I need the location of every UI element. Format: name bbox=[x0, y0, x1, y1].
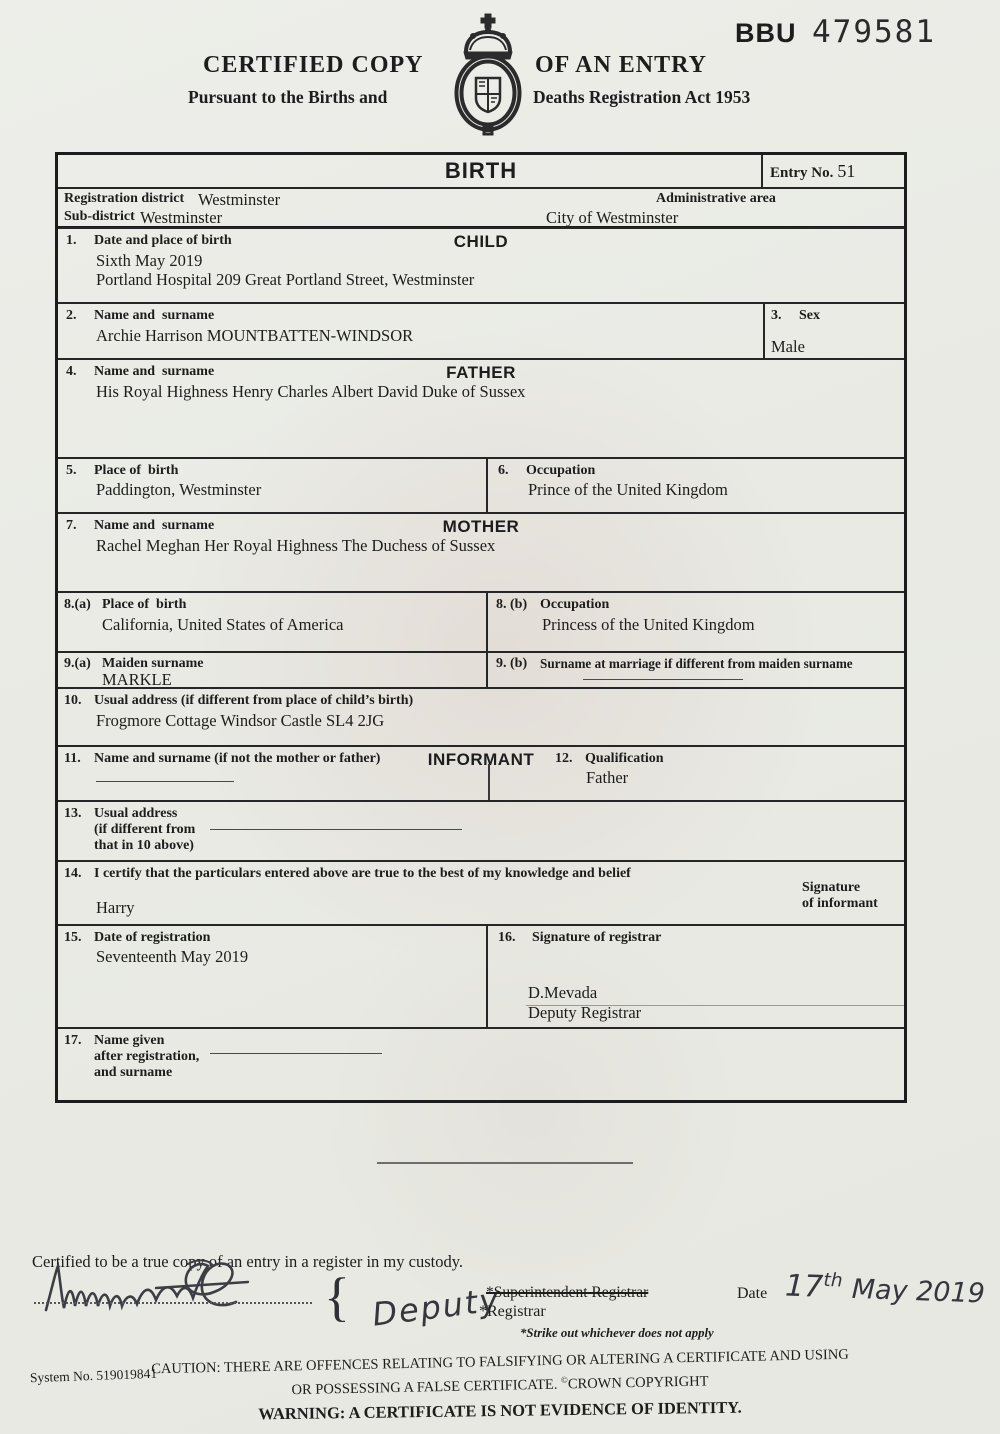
date-ordinal: th bbox=[823, 1270, 843, 1292]
field-5-cell: 5. Place of birth Paddington, Westminste… bbox=[58, 459, 488, 512]
field-15-cell: 15. Date of registration Seventeenth May… bbox=[58, 926, 488, 1026]
group-child: CHILD bbox=[58, 232, 904, 252]
caution-line-2-pre: OR POSSESSING A FALSE CERTIFICATE. bbox=[291, 1377, 561, 1399]
field-13-label-1: Usual address bbox=[94, 806, 177, 822]
row-11-12-informant: 11. Name and surname (if not the mother … bbox=[58, 745, 904, 800]
row-14-certify: 14. I certify that the particulars enter… bbox=[58, 860, 904, 925]
strike-note: *Strike out whichever does not apply bbox=[520, 1326, 714, 1341]
superintendent-registrar-option: *Superintendent Registrar bbox=[486, 1284, 648, 1302]
row-8: 8.(a) Place of birth California, United … bbox=[58, 591, 904, 651]
registration-district-label: Registration district bbox=[64, 191, 184, 207]
field-8a-cell: 8.(a) Place of birth California, United … bbox=[58, 593, 488, 651]
field-14-informant-signature: Harry bbox=[96, 898, 134, 918]
field-1-value-line1: Sixth May 2019 bbox=[96, 251, 202, 271]
field-4-value: His Royal Highness Henry Charles Albert … bbox=[96, 382, 525, 402]
field-8b-cell: 8. (b) Occupation Princess of the United… bbox=[488, 593, 904, 651]
field-17-num: 17. bbox=[64, 1033, 82, 1049]
serial-prefix: BBU bbox=[735, 18, 797, 49]
field-9a-num: 9.(a) bbox=[64, 656, 91, 672]
administrative-area-label: Administrative area bbox=[656, 191, 776, 207]
row-7-mother: 7. Name and surname MOTHER Rachel Meghan… bbox=[58, 512, 904, 592]
serial-number: 479581 bbox=[812, 14, 936, 50]
field-10-value: Frogmore Cottage Windsor Castle SL4 2JG bbox=[96, 711, 384, 731]
field-5-num: 5. bbox=[66, 463, 77, 479]
field-2-label: Name and surname bbox=[94, 308, 214, 324]
group-informant: INFORMANT bbox=[58, 750, 904, 770]
entry-no-divider bbox=[761, 155, 763, 187]
field-7-value: Rachel Meghan Her Royal Highness The Duc… bbox=[96, 536, 495, 556]
registrar-option: *Registrar bbox=[479, 1303, 546, 1321]
field-8a-num: 8.(a) bbox=[64, 597, 91, 613]
birth-register-table: BIRTH Entry No. 51 Registration district… bbox=[55, 152, 907, 1103]
field-9b-cell: 9. (b) Surname at marriage if different … bbox=[488, 653, 904, 687]
field-12-num: 12. bbox=[555, 751, 573, 767]
field-8a-label: Place of birth bbox=[102, 597, 186, 613]
field-3-num: 3. bbox=[771, 308, 782, 324]
sub-district-label: Sub-district bbox=[64, 209, 135, 225]
entry-no-label: Entry No. bbox=[770, 165, 833, 181]
field-1-value-line2: Portland Hospital 209 Great Portland Str… bbox=[96, 270, 474, 290]
field-5-value: Paddington, Westminster bbox=[96, 480, 261, 500]
field-17-label-2: after registration, bbox=[94, 1049, 199, 1065]
field-17-label-3: and surname bbox=[94, 1065, 172, 1081]
brace-glyph: { bbox=[324, 1266, 350, 1328]
entry-no-value: 51 bbox=[837, 161, 855, 181]
row-2-3: 2. Name and surname Archie Harrison MOUN… bbox=[58, 302, 904, 358]
title-of-an-entry: OF AN ENTRY bbox=[535, 52, 707, 79]
field-12-value: Father bbox=[586, 768, 628, 788]
row-5-6: 5. Place of birth Paddington, Westminste… bbox=[58, 457, 904, 512]
row-4-father: 4. Name and surname FATHER His Royal Hig… bbox=[58, 358, 904, 457]
field-17-blank-line bbox=[210, 1053, 382, 1054]
group-father: FATHER bbox=[58, 363, 904, 383]
date-rest: May 2019 bbox=[851, 1274, 985, 1310]
field-8a-value: California, United States of America bbox=[102, 615, 343, 635]
field-8b-label: Occupation bbox=[540, 597, 609, 613]
registrar-title: Deputy Registrar bbox=[528, 1003, 641, 1023]
field-9b-label: Surname at marriage if different from ma… bbox=[540, 656, 853, 672]
field-3-cell: 3. Sex Male bbox=[763, 304, 904, 358]
title-certified-copy: CERTIFIED COPY bbox=[203, 52, 424, 79]
field-9b-num: 9. (b) bbox=[496, 656, 527, 672]
handwritten-signature-icon bbox=[38, 1258, 323, 1325]
row-1-date-place-of-birth: 1. Date and place of birth CHILD Sixth M… bbox=[58, 227, 904, 303]
group-mother: MOTHER bbox=[58, 517, 904, 537]
field-14-sig-label-1: Signature bbox=[802, 880, 860, 896]
field-8b-value: Princess of the United Kingdom bbox=[542, 615, 755, 635]
handwritten-date: 17th May 2019 bbox=[784, 1269, 985, 1311]
field-8b-num: 8. (b) bbox=[496, 597, 527, 613]
title-pursuant: Pursuant to the Births and bbox=[188, 87, 387, 108]
field-13-num: 13. bbox=[64, 806, 82, 822]
field-9a-cell: 9.(a) Maiden surname MARKLE bbox=[58, 653, 488, 687]
registration-district-value: Westminster bbox=[198, 190, 280, 210]
field-11-blank-line bbox=[96, 781, 234, 782]
field-12-label: Qualification bbox=[585, 751, 664, 767]
field-3-value: Male bbox=[771, 337, 805, 357]
royal-coat-of-arms-icon bbox=[448, 12, 528, 143]
registrar-signature-name: D.Mevada bbox=[528, 983, 597, 1003]
field-6-num: 6. bbox=[498, 463, 509, 479]
field-16-label: Signature of registrar bbox=[532, 930, 661, 946]
administrative-area-value: City of Westminster bbox=[546, 208, 678, 228]
sub-district-value: Westminster bbox=[140, 208, 222, 228]
row-9: 9.(a) Maiden surname MARKLE 9. (b) Surna… bbox=[58, 651, 904, 687]
field-14-num: 14. bbox=[64, 866, 82, 882]
field-17-label-1: Name given bbox=[94, 1033, 164, 1049]
field-10-num: 10. bbox=[64, 693, 82, 709]
field-15-num: 15. bbox=[64, 930, 82, 946]
field-10-label: Usual address (if different from place o… bbox=[94, 693, 413, 709]
field-14-label: I certify that the particulars entered a… bbox=[94, 866, 631, 882]
field-2-cell: 2. Name and surname Archie Harrison MOUN… bbox=[58, 304, 763, 358]
entry-no-cell: Entry No. 51 bbox=[770, 161, 898, 182]
field-13-blank-line bbox=[210, 829, 462, 830]
field-5-label: Place of birth bbox=[94, 463, 178, 479]
field-16-cell: 16. Signature of registrar D.Mevada Depu… bbox=[488, 926, 904, 1026]
field-15-value: Seventeenth May 2019 bbox=[96, 947, 248, 967]
row-10-usual-address: 10. Usual address (if different from pla… bbox=[58, 687, 904, 746]
title-act-1953: Deaths Registration Act 1953 bbox=[533, 87, 750, 108]
row-13-usual-address: 13. Usual address (if different from tha… bbox=[58, 800, 904, 860]
date-day: 17 bbox=[784, 1269, 823, 1305]
row-15-16: 15. Date of registration Seventeenth May… bbox=[58, 924, 904, 1026]
field-15-label: Date of registration bbox=[94, 930, 210, 946]
row-birth-title: BIRTH Entry No. 51 bbox=[58, 155, 904, 187]
field-14-sig-label-2: of informant bbox=[802, 896, 878, 912]
mid-rule bbox=[377, 1162, 633, 1164]
signature-dotted-line bbox=[34, 1302, 312, 1304]
field-6-label: Occupation bbox=[526, 463, 595, 479]
field-6-cell: 6. Occupation Prince of the United Kingd… bbox=[488, 459, 904, 512]
field-2-value: Archie Harrison MOUNTBATTEN-WINDSOR bbox=[96, 326, 413, 346]
field-13-label-3: that in 10 above) bbox=[94, 838, 194, 854]
row-district: Registration district Westminster Admini… bbox=[58, 187, 904, 227]
row-17-name-given: 17. Name given after registration, and s… bbox=[58, 1027, 904, 1101]
field-13-label-2: (if different from bbox=[94, 822, 195, 838]
field-16-num: 16. bbox=[498, 930, 516, 946]
field-6-value: Prince of the United Kingdom bbox=[528, 480, 728, 500]
field-9b-blank-line bbox=[583, 679, 743, 680]
field-3-label: Sex bbox=[799, 308, 820, 324]
date-label: Date bbox=[737, 1285, 767, 1303]
caution-line-2-post: CROWN COPYRIGHT bbox=[568, 1373, 709, 1392]
informant-divider bbox=[488, 764, 490, 800]
field-2-num: 2. bbox=[66, 308, 77, 324]
